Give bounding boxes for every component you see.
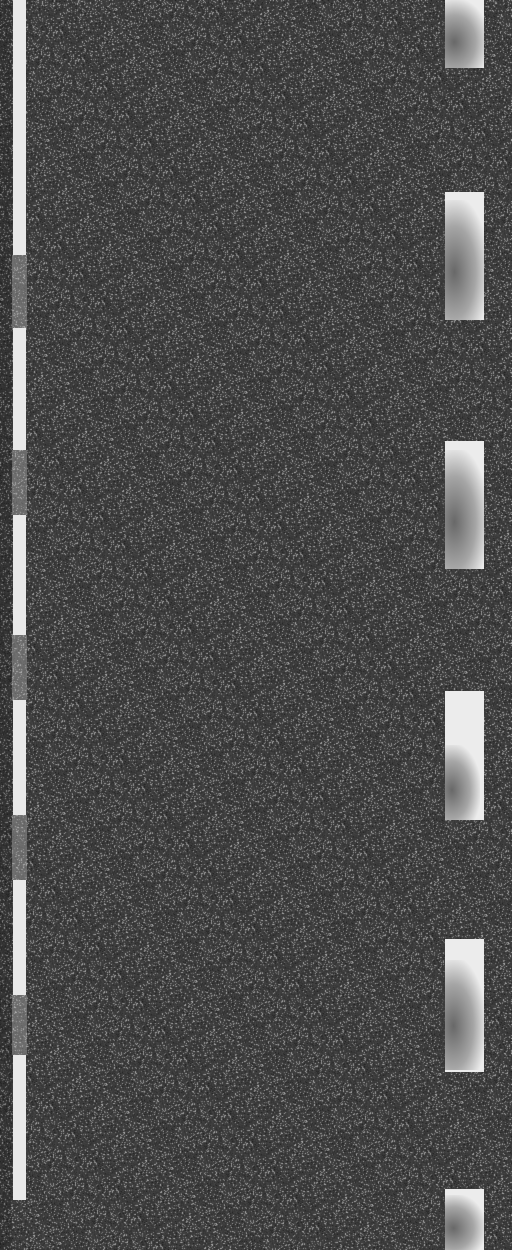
left-lane-dash bbox=[13, 880, 26, 995]
right-lane-dash bbox=[445, 939, 484, 1072]
left-lane-dash bbox=[13, 0, 26, 255]
left-worn-marking bbox=[12, 450, 27, 515]
asphalt-texture bbox=[0, 0, 512, 1250]
right-lane-dash bbox=[445, 691, 484, 820]
left-lane-dash bbox=[13, 700, 26, 815]
right-lane-dash bbox=[445, 1189, 484, 1250]
left-worn-marking bbox=[12, 995, 27, 1055]
left-worn-marking bbox=[12, 815, 27, 880]
left-lane-dash bbox=[13, 515, 26, 635]
left-worn-marking bbox=[12, 255, 27, 330]
right-lane-dash bbox=[445, 0, 484, 68]
road-aerial-image bbox=[0, 0, 512, 1250]
left-lane-dash bbox=[13, 1055, 26, 1200]
right-lane-dash bbox=[445, 441, 484, 569]
left-worn-marking bbox=[12, 635, 27, 700]
right-lane-dash bbox=[445, 192, 484, 320]
left-lane-dash bbox=[13, 328, 26, 450]
